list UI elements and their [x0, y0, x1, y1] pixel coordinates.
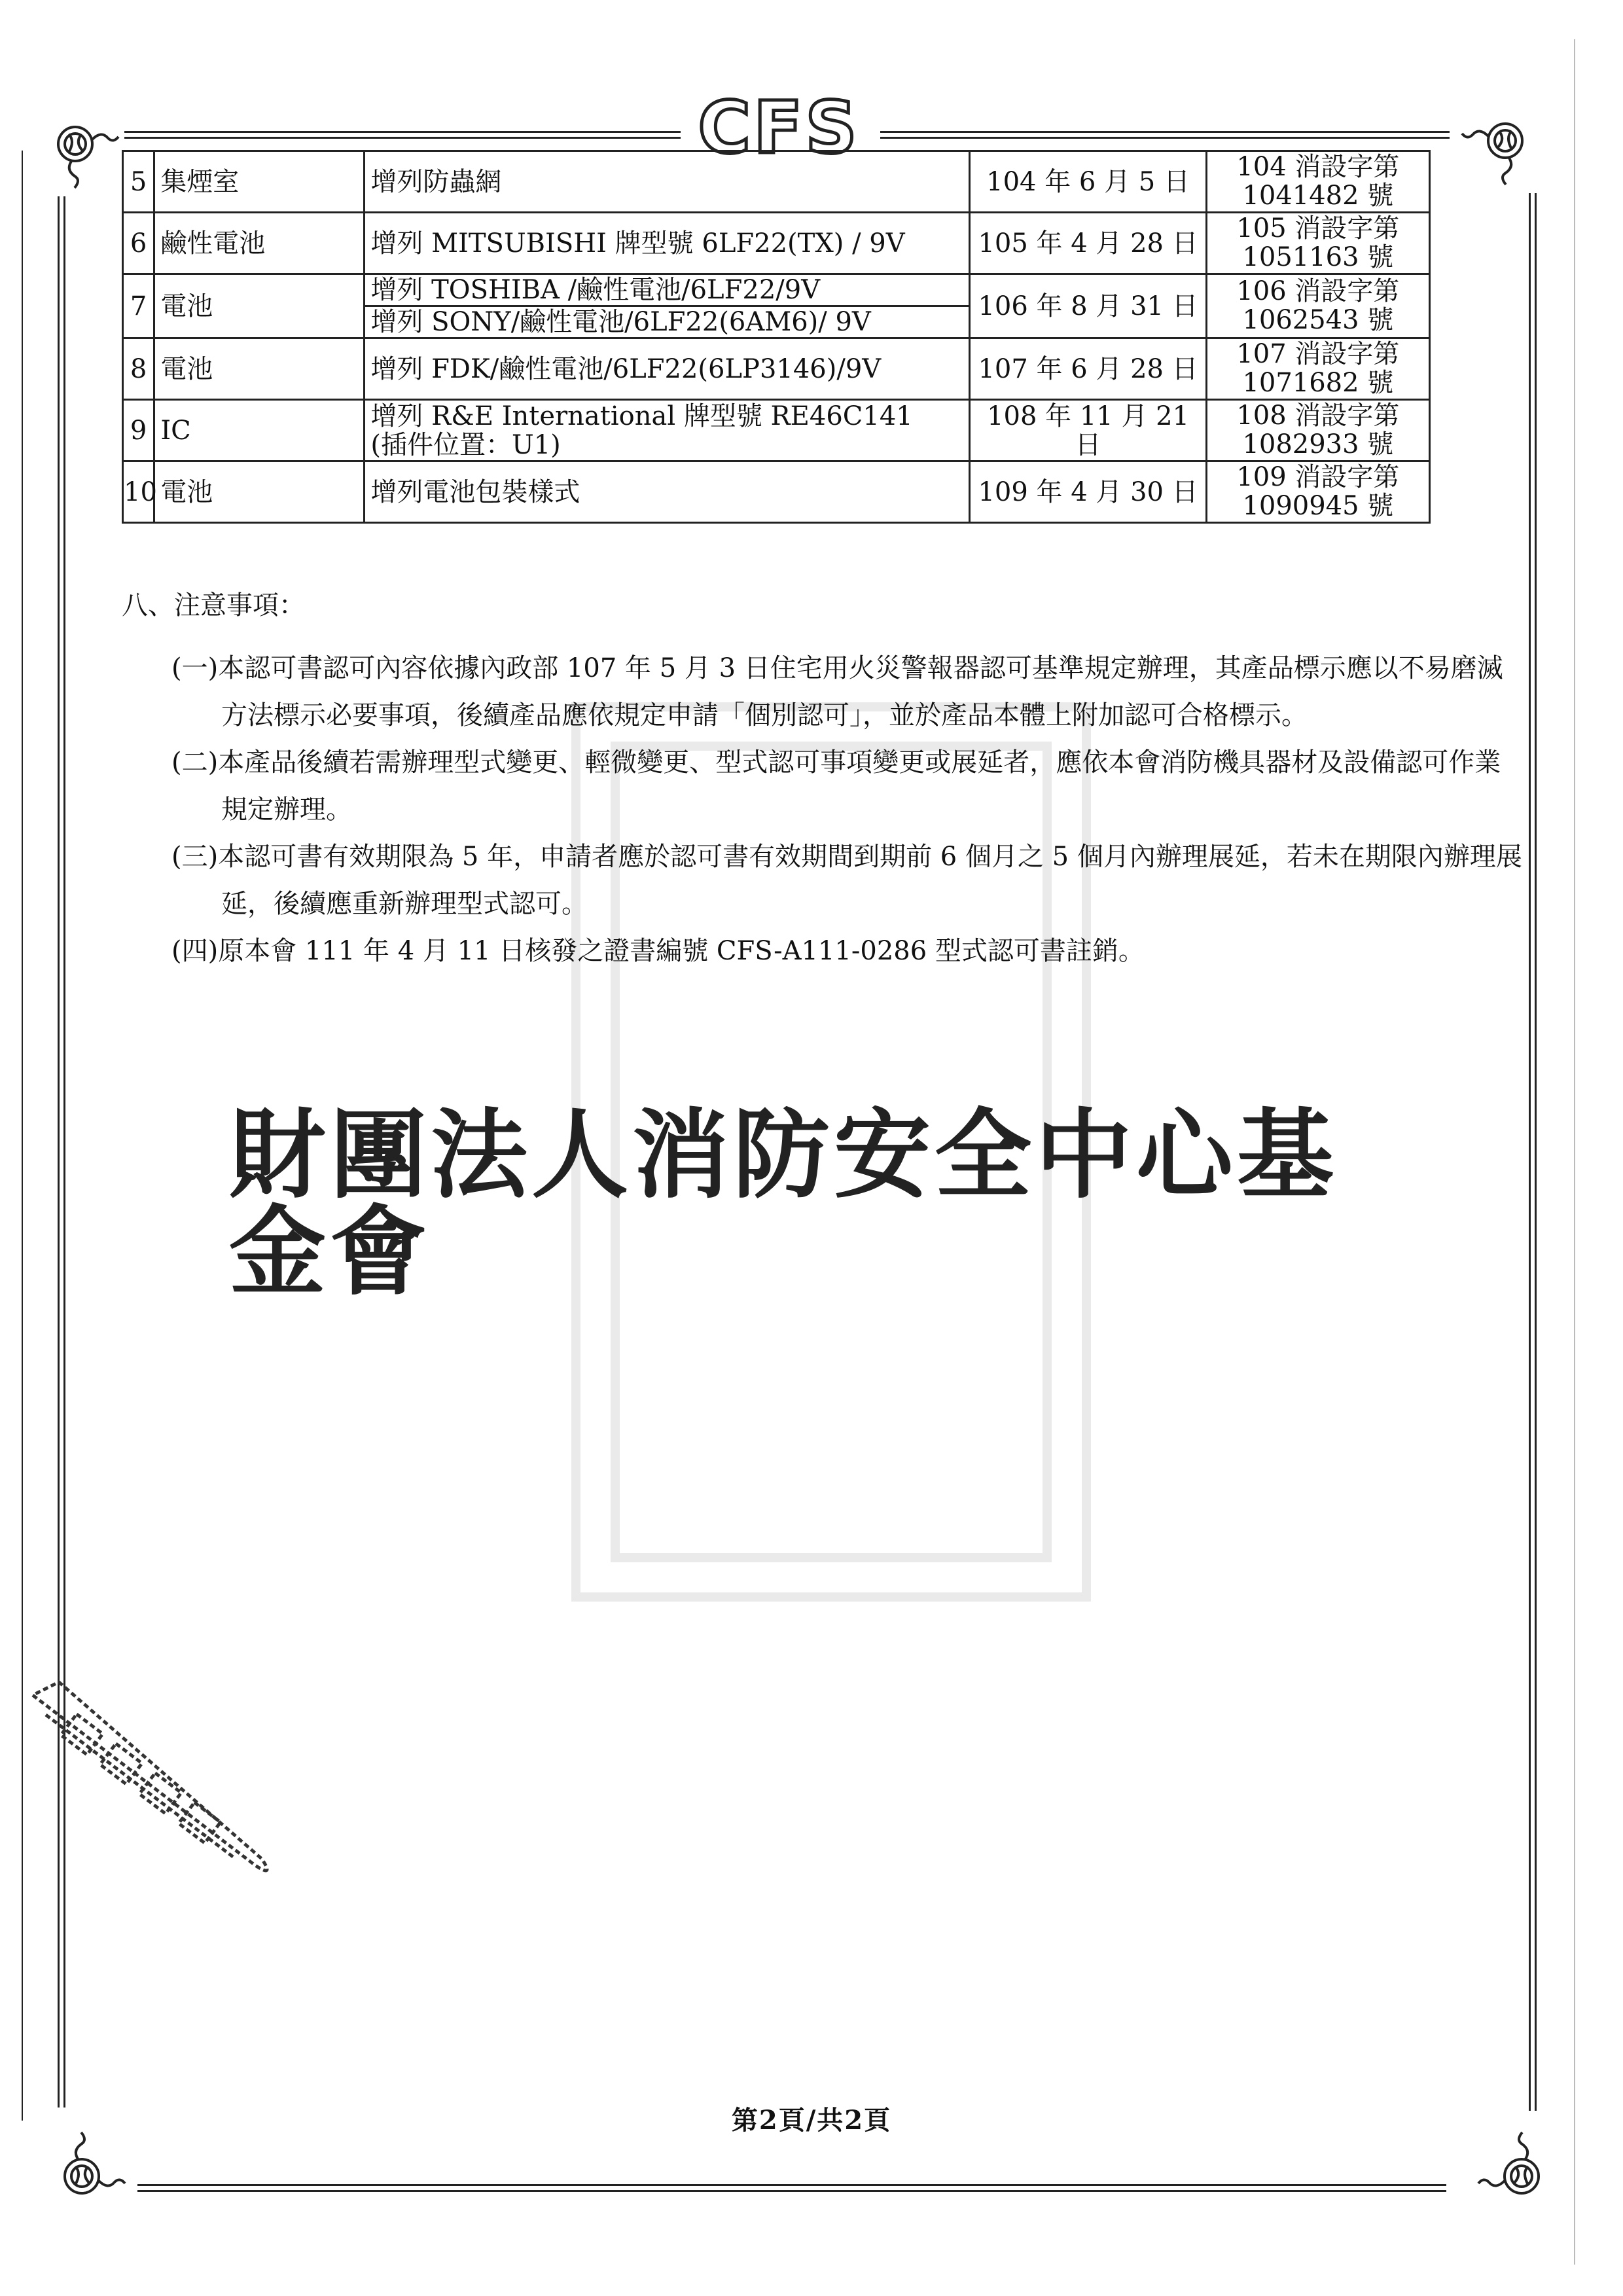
table-row: 6 鹼性電池 增列 MITSUBISHI 牌型號 6LF22(TX) / 9V …	[123, 213, 1430, 274]
page-edge-rule-right	[1574, 39, 1575, 2265]
approval-change-history-table: 5 集煙室 增列防蟲網 104 年 6 月 5 日 104 消設字第 10414…	[122, 150, 1431, 524]
part-name: 電池	[154, 461, 365, 523]
approval-date: 109 年 4 月 30 日	[970, 461, 1206, 523]
reference-number: 109 消設字第 1090945 號	[1206, 461, 1429, 523]
row-number: 8	[123, 338, 154, 400]
part-name: 集煙室	[154, 151, 365, 213]
table-row: 7 電池 增列 TOSHIBA /鹼性電池/6LF22/9V 增列 SONY/鹼…	[123, 274, 1430, 338]
reference-number: 106 消設字第 1062543 號	[1206, 274, 1429, 338]
frame-bottom-border	[137, 2184, 1446, 2192]
reference-number: 107 消設字第 1071682 號	[1206, 338, 1429, 400]
row-number: 5	[123, 151, 154, 213]
change-description: 增列防蟲網	[365, 151, 970, 213]
change-description: 增列 MITSUBISHI 牌型號 6LF22(TX) / 9V	[365, 213, 970, 274]
approval-date: 108 年 11 月 21 日	[970, 400, 1206, 461]
reference-number: 108 消設字第 1082933 號	[1206, 400, 1429, 461]
table-row: 9 IC 增列 R&E International 牌型號 RE46C141 (…	[123, 400, 1430, 461]
approval-date: 105 年 4 月 28 日	[970, 213, 1206, 274]
ornament-flourish-icon	[1459, 111, 1538, 190]
ornament-flourish-icon	[1472, 2127, 1551, 2206]
part-name: 電池	[154, 338, 365, 400]
change-description: 增列電池包裝樣式	[365, 461, 970, 523]
frame-top-right-border	[880, 131, 1450, 139]
seal-stamp-icon	[20, 1669, 294, 1885]
approval-date: 106 年 8 月 31 日	[970, 274, 1206, 338]
part-name: 電池	[154, 274, 365, 338]
row-number: 6	[123, 213, 154, 274]
change-description: 增列 FDK/鹼性電池/6LF22(6LP3146)/9V	[365, 338, 970, 400]
row-number: 10	[123, 461, 154, 523]
table-row: 5 集煙室 增列防蟲網 104 年 6 月 5 日 104 消設字第 10414…	[123, 151, 1430, 213]
table-row: 8 電池 增列 FDK/鹼性電池/6LF22(6LP3146)/9V 107 年…	[123, 338, 1430, 400]
table-row: 10 電池 增列電池包裝樣式 109 年 4 月 30 日 109 消設字第 1…	[123, 461, 1430, 523]
approval-date: 107 年 6 月 28 日	[970, 338, 1206, 400]
reference-number: 105 消設字第 1051163 號	[1206, 213, 1429, 274]
frame-right-border	[1529, 193, 1537, 2111]
change-description: 增列 R&E International 牌型號 RE46C141 (插件位置：…	[365, 400, 970, 461]
reference-number: 104 消設字第 1041482 號	[1206, 151, 1429, 213]
ornament-flourish-icon	[52, 2127, 131, 2206]
page-number: 第2頁/共2頁	[0, 2100, 1623, 2137]
ornament-flourish-icon	[43, 115, 121, 193]
notes-heading: 八、注意事項：	[122, 586, 1522, 625]
issuing-organization-signature: 財團法人消防安全中心基金會	[229, 1106, 1407, 1300]
change-description: 增列 TOSHIBA /鹼性電池/6LF22/9V 增列 SONY/鹼性電池/6…	[365, 274, 970, 338]
approval-date: 104 年 6 月 5 日	[970, 151, 1206, 213]
row-number: 9	[123, 400, 154, 461]
row-number: 7	[123, 274, 154, 338]
frame-top-left-border	[124, 131, 681, 139]
part-name: IC	[154, 400, 365, 461]
part-name: 鹼性電池	[154, 213, 365, 274]
